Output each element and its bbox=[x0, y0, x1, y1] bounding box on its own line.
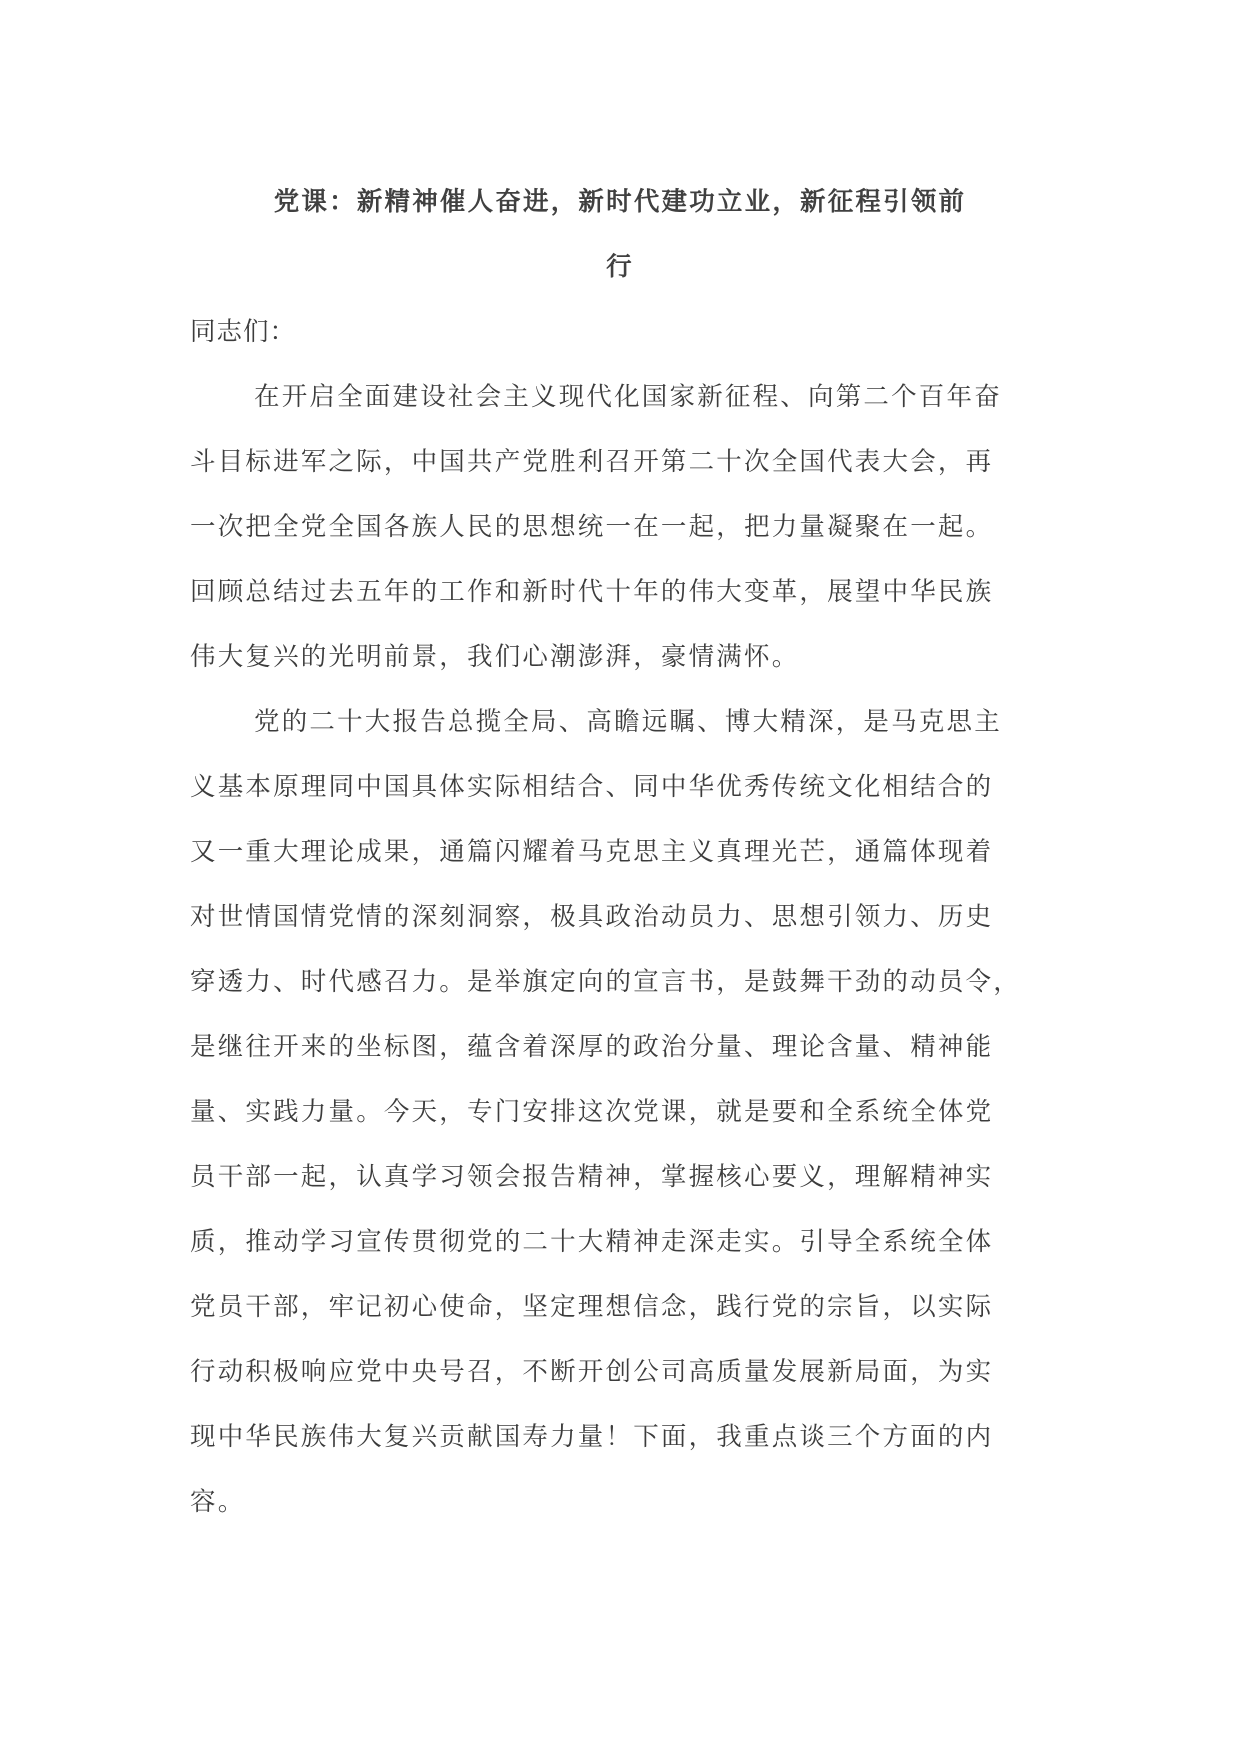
paragraph-2: 党的二十大报告总揽全局、高瞻远瞩、博大精深，是马克思主 义基本原理同中国具体实际… bbox=[190, 690, 1070, 1535]
paragraph-1: 在开启全面建设社会主义现代化国家新征程、向第二个百年奋 斗目标进军之际，中国共产… bbox=[190, 365, 1070, 690]
paragraph-line: 党的二十大报告总揽全局、高瞻远瞩、博大精深，是马克思主 bbox=[190, 690, 1070, 755]
paragraph-line: 义基本原理同中国具体实际相结合、同中华优秀传统文化相结合的 bbox=[190, 755, 1070, 820]
title-line: 行 bbox=[190, 235, 1050, 300]
paragraph-line: 伟大复兴的光明前景，我们心潮澎湃，豪情满怀。 bbox=[190, 625, 1070, 690]
paragraph-line: 容。 bbox=[190, 1470, 1070, 1535]
paragraph-line: 一次把全党全国各族人民的思想统一在一起，把力量凝聚在一起。 bbox=[190, 495, 1070, 560]
paragraph-line: 党员干部，牢记初心使命，坚定理想信念，践行党的宗旨，以实际 bbox=[190, 1275, 1070, 1340]
paragraph-line: 是继往开来的坐标图，蕴含着深厚的政治分量、理论含量、精神能 bbox=[190, 1015, 1070, 1080]
paragraph-line: 质，推动学习宣传贯彻党的二十大精神走深走实。引导全系统全体 bbox=[190, 1210, 1070, 1275]
paragraph-line: 量、实践力量。今天，专门安排这次党课，就是要和全系统全体党 bbox=[190, 1080, 1070, 1145]
paragraph-line: 穿透力、时代感召力。是举旗定向的宣言书，是鼓舞干劲的动员令， bbox=[190, 950, 1070, 1015]
document-page: 党课：新精神催人奋进，新时代建功立业，新征程引领前 行 同志们： 在开启全面建设… bbox=[0, 0, 1240, 1754]
paragraph-line: 现中华民族伟大复兴贡献国寿力量！下面，我重点谈三个方面的内 bbox=[190, 1405, 1070, 1470]
paragraph-line: 对世情国情党情的深刻洞察，极具政治动员力、思想引领力、历史 bbox=[190, 885, 1070, 950]
document-title: 党课：新精神催人奋进，新时代建功立业，新征程引领前 行 bbox=[190, 170, 1050, 300]
title-line: 党课：新精神催人奋进，新时代建功立业，新征程引领前 bbox=[190, 170, 1050, 235]
paragraph-line: 员干部一起，认真学习领会报告精神，掌握核心要义，理解精神实 bbox=[190, 1145, 1070, 1210]
greeting: 同志们： bbox=[190, 300, 1070, 365]
paragraph-line: 回顾总结过去五年的工作和新时代十年的伟大变革，展望中华民族 bbox=[190, 560, 1070, 625]
paragraph-line: 斗目标进军之际，中国共产党胜利召开第二十次全国代表大会，再 bbox=[190, 430, 1070, 495]
paragraph-line: 行动积极响应党中央号召，不断开创公司高质量发展新局面，为实 bbox=[190, 1340, 1070, 1405]
document-body: 同志们： 在开启全面建设社会主义现代化国家新征程、向第二个百年奋 斗目标进军之际… bbox=[190, 300, 1070, 1535]
paragraph-line: 在开启全面建设社会主义现代化国家新征程、向第二个百年奋 bbox=[190, 365, 1070, 430]
paragraph-line: 又一重大理论成果，通篇闪耀着马克思主义真理光芒，通篇体现着 bbox=[190, 820, 1070, 885]
